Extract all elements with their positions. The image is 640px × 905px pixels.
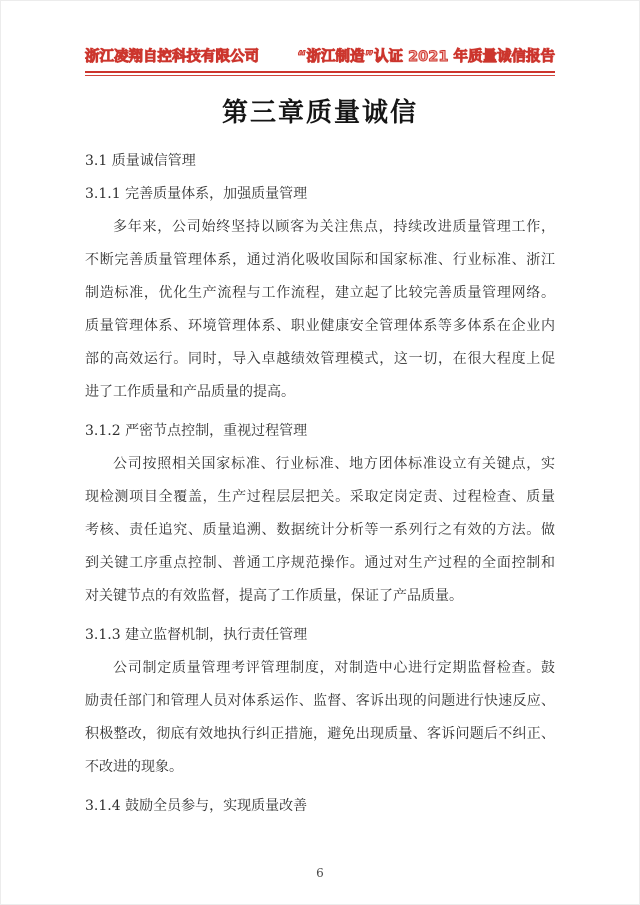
header-company-name: 浙江凌翔自控科技有限公司 [85, 45, 259, 66]
paragraph-line: 不改进的现象。 [85, 751, 555, 784]
paragraph-line: 积极整改，彻底有效地执行纠正措施，避免出现质量、客诉问题后不纠正、 [85, 718, 555, 751]
paragraph-line: 制造标准，优化生产流程与工作流程，建立起了比较完善质量管理网络。 [85, 277, 555, 310]
paragraph-line: 质量管理体系、环境管理体系、职业健康安全管理体系等多体系在企业内 [85, 310, 555, 343]
paragraph-line: 公司制定质量管理考评管理制度，对制造中心进行定期监督检查。鼓 [85, 652, 555, 685]
section-heading-3-1-1: 3.1.1 完善质量体系，加强质量管理 [85, 178, 555, 211]
section-heading-3-1-4: 3.1.4 鼓励全员参与，实现质量改善 [85, 790, 555, 823]
header-divider-thick-line [85, 71, 555, 73]
page-header: 浙江凌翔自控科技有限公司 “浙江制造”认证 2021 年质量诚信报告 [85, 45, 555, 66]
paragraph-quality-system: 多年来，公司始终坚持以顾客为关注焦点，持续改进质量管理工作， 不断完善质量管理体… [85, 211, 555, 409]
paragraph-line: 公司按照相关国家标准、行业标准、地方团体标准设立有关键点，实 [85, 448, 555, 481]
paragraph-process-control: 公司按照相关国家标准、行业标准、地方团体标准设立有关键点，实 现检测项目全覆盖，… [85, 448, 555, 613]
section-heading-3-1: 3.1 质量诚信管理 [85, 145, 555, 178]
paragraph-line: 进了工作质量和产品质量的提高。 [85, 376, 555, 409]
paragraph-line: 多年来，公司始终坚持以顾客为关注焦点，持续改进质量管理工作， [85, 211, 555, 244]
paragraph-line: 对关键节点的有效监督，提高了工作质量，保证了产品质量。 [85, 580, 555, 613]
document-body: 3.1 质量诚信管理 3.1.1 完善质量体系，加强质量管理 多年来，公司始终坚… [85, 145, 555, 823]
header-divider [85, 71, 555, 76]
paragraph-line: 励责任部门和管理人员对体系运作、监督、客诉出现的问题进行快速反应、 [85, 685, 555, 718]
paragraph-line: 部的高效运行。同时，导入卓越绩效管理模式，这一切，在很大程度上促 [85, 343, 555, 376]
paragraph-line: 到关键工序重点控制、普通工序规范操作。通过对生产过程的全面控制和 [85, 547, 555, 580]
section-heading-3-1-2: 3.1.2 严密节点控制，重视过程管理 [85, 415, 555, 448]
paragraph-line: 不断完善质量管理体系，通过消化吸收国际和国家标准、行业标准、浙江 [85, 244, 555, 277]
chapter-title: 第三章质量诚信 [1, 92, 639, 129]
header-divider-thin-line [85, 75, 555, 76]
paragraph-line: 现检测项目全覆盖，生产过程层层把关。采取定岗定责、过程检查、质量 [85, 481, 555, 514]
document-page: 浙江凌翔自控科技有限公司 “浙江制造”认证 2021 年质量诚信报告 第三章质量… [0, 0, 640, 905]
paragraph-line: 考核、责任追究、质量追溯、数据统计分析等一系列行之有效的方法。做 [85, 514, 555, 547]
paragraph-supervision: 公司制定质量管理考评管理制度，对制造中心进行定期监督检查。鼓 励责任部门和管理人… [85, 652, 555, 784]
section-heading-3-1-3: 3.1.3 建立监督机制，执行责任管理 [85, 619, 555, 652]
header-report-title: “浙江制造”认证 2021 年质量诚信报告 [297, 45, 555, 66]
page-number: 6 [1, 866, 639, 880]
